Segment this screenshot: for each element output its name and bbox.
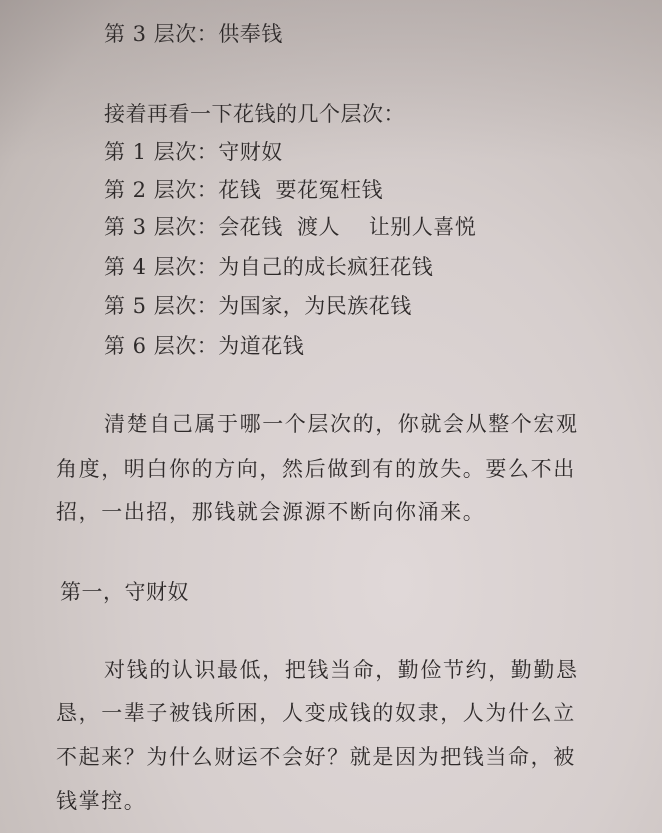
paragraph-line: 对钱的认识最低，把钱当命，勤俭节约，勤勤恳 — [104, 656, 579, 684]
level-item: 第 4 层次：为自己的成长疯狂花钱 — [104, 253, 433, 281]
document-page: 第 3 层次：供奉钱 接着再看一下花钱的几个层次： 第 1 层次：守财奴 第 2… — [0, 0, 662, 833]
paragraph-line: 招，一出招，那钱就会源源不断向你涌来。 — [56, 498, 485, 526]
level-item: 第 1 层次：守财奴 — [104, 138, 283, 166]
paragraph-line: 不起来？为什么财运不会好？就是因为把钱当命，被 — [56, 743, 576, 771]
level-item: 第 6 层次：为道花钱 — [104, 332, 304, 360]
paragraph-line: 清楚自己属于哪一个层次的，你就会从整个宏观 — [104, 410, 579, 438]
paragraph-line: 角度，明白你的方向，然后做到有的放失。要么不出 — [56, 455, 576, 483]
level-item: 第 2 层次：花钱 要花冤枉钱 — [104, 176, 383, 204]
paragraph-line: 钱掌控。 — [56, 787, 146, 815]
section-heading: 第一，守财奴 — [60, 578, 189, 606]
level-3-offering-line: 第 3 层次：供奉钱 — [104, 20, 283, 48]
level-item: 第 5 层次：为国家，为民族花钱 — [104, 292, 412, 320]
level-item: 第 3 层次：会花钱 渡人 让别人喜悦 — [104, 213, 476, 241]
intro-line: 接着再看一下花钱的几个层次： — [104, 100, 405, 128]
photo-shadow — [0, 0, 662, 160]
paragraph-line: 恳，一辈子被钱所困，人变成钱的奴隶，人为什么立 — [56, 699, 576, 727]
